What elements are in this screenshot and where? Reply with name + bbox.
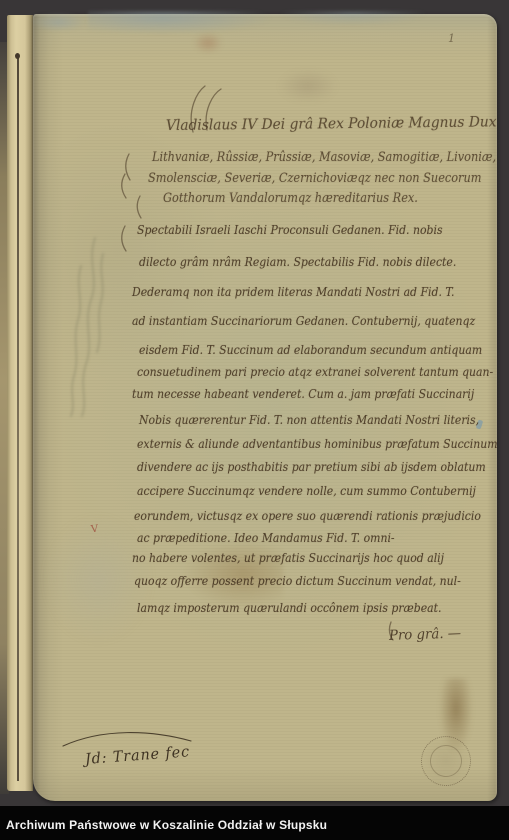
page-number: 1 (448, 32, 455, 45)
body-line: tum necesse habeant venderet. Cum a. jam… (132, 386, 474, 401)
body-line: consuetudinem pari precio atqz extranei … (137, 364, 493, 379)
body-line: ac præpeditione. Ideo Mandamus Fid. T. o… (137, 530, 395, 545)
body-line: Nobis quærerentur Fid. T. non attentis M… (139, 412, 479, 427)
glue-residue (88, 11, 273, 35)
binding-thread-icon (17, 57, 19, 781)
thread-bead-icon (15, 53, 20, 59)
body-line: ad instantiam Succinariorum Gedanen. Con… (132, 313, 475, 328)
body-line: Dederamq non ita pridem literas Mandati … (132, 284, 454, 299)
binding-stub (7, 15, 33, 791)
body-line: quoqz offerre possent precio dictum Succ… (134, 573, 461, 588)
body-line: externis & aliunde adventantibus hominib… (137, 436, 498, 451)
manuscript-page: 1 Vladislaus IV Dei grâ Rex Poloniæ Magn… (33, 14, 497, 801)
archive-scan-viewer: 1 Vladislaus IV Dei grâ Rex Poloniæ Magn… (0, 0, 509, 840)
archive-footer-bar: Archiwum Państwowe w Koszalinie Oddział … (0, 806, 509, 840)
stain (278, 69, 338, 103)
body-line: eisdem Fid. T. Succinum ad elaborandum s… (139, 342, 482, 357)
stain (193, 32, 223, 54)
body-line: accipere Succinumqz vendere nolle, cum s… (137, 483, 476, 498)
heading-line: Lithvaniæ, Rûssiæ, Prûssiæ, Masoviæ, Sam… (152, 150, 496, 165)
body-line: eorundem, victusqz ex opere suo quærendi… (134, 508, 481, 523)
body-line: Spectabili Israeli Iaschi Proconsuli Ged… (137, 222, 443, 237)
glue-residue (31, 12, 86, 32)
body-line: dilecto grâm nrâm Regiam. Spectabilis Fi… (139, 254, 456, 269)
signature: Jd: Trane fec (84, 742, 190, 768)
heading-line: Gotthorum Vandalorumqz hæreditarius Rex. (163, 191, 418, 206)
glue-residue (278, 11, 428, 26)
margin-mark: V (90, 524, 98, 536)
body-line: lamqz imposterum quærulandi occônem ipsi… (137, 600, 441, 615)
heading-line: Vladislaus IV Dei grâ Rex Poloniæ Magnus… (166, 114, 497, 134)
archive-footer-label: Archiwum Państwowe w Koszalinie Oddział … (6, 819, 327, 832)
archive-stamp-icon (418, 733, 474, 789)
body-line: divendere ac ijs posthabitis par pretium… (137, 459, 486, 474)
closing-line: Pro grâ. — (389, 625, 462, 644)
body-line: no habere volentes, ut præfatis Succinar… (132, 550, 444, 565)
heading-line: Smolensciæ, Severiæ, Czernichoviæqz nec … (148, 171, 481, 186)
